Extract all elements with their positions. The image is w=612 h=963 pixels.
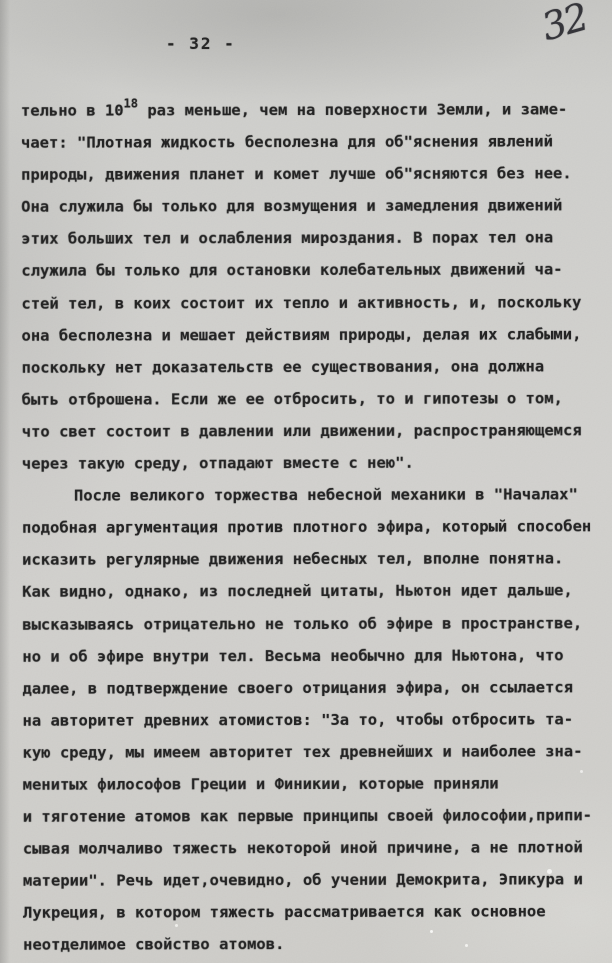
- typewritten-line: исказить регулярные движения небесных те…: [22, 543, 604, 577]
- typewritten-line: природы, движения планет и комет лучше о…: [21, 157, 603, 191]
- typewritten-line: служила бы только для остановки колебате…: [21, 254, 603, 288]
- typewritten-line: через такую среду, отпадают вместе с нею…: [22, 446, 604, 480]
- typewritten-line: быть отброшена. Если же ее отбросить, то…: [22, 382, 604, 416]
- typewritten-line: После великого торжества небесной механи…: [22, 478, 604, 512]
- typewritten-line: но и об эфире внутри тел. Весьма необычн…: [22, 639, 604, 673]
- typewritten-line: менитых философов Греции и Финикии, кото…: [23, 767, 605, 801]
- typewritten-line: далее, в подтверждение своего отрицания …: [22, 671, 604, 705]
- first-line-post: раз меньше, чем на поверхности Земли, и …: [138, 100, 567, 119]
- typewritten-line: и тяготение атомов как первые принципы с…: [23, 799, 605, 833]
- typewritten-line: поскольку нет доказательств ее существов…: [22, 350, 604, 384]
- scanned-typewritten-page: - 32 - 32 тельно в 1018 раз меньше, чем …: [0, 0, 612, 963]
- typewritten-line: стей тел, в коих состоит их тепло и акти…: [21, 286, 603, 320]
- typewritten-line: этих больших тел и ослабления мироздания…: [21, 222, 603, 256]
- typewritten-line: сывая молчаливо тяжесть некоторой иной п…: [23, 831, 605, 865]
- document-body: тельно в 1018 раз меньше, чем на поверхн…: [21, 93, 605, 961]
- typewritten-line: подобная аргументация против плотного эф…: [22, 510, 604, 544]
- typewritten-line: на авторитет древних атомистов: "За то, …: [22, 703, 604, 737]
- typewritten-line: Как видно, однако, из последней цитаты, …: [22, 575, 604, 609]
- page-edge-shadow: [0, 0, 10, 963]
- typewritten-line: Она служила бы только для возмущения и з…: [21, 190, 603, 224]
- typewritten-line: чает: "Плотная жидкость бесполезна для о…: [21, 125, 603, 159]
- typewritten-line: тельно в 1018 раз меньше, чем на поверхн…: [21, 93, 603, 127]
- typewritten-line: высказываясь отрицательно не только об э…: [22, 607, 604, 641]
- page-number-header: - 32 -: [166, 34, 236, 53]
- typewritten-line: Лукреция, в котором тяжесть рассматривае…: [23, 896, 605, 930]
- typewritten-line: что свет состоит в давлении или движении…: [22, 414, 604, 448]
- typewritten-line: неотделимое свойство атомов.: [23, 928, 605, 962]
- typewritten-line: она бесполезна и мешает действиям природ…: [21, 318, 603, 352]
- typewritten-line: кую среду, мы имеем авторитет тех древне…: [23, 735, 605, 769]
- handwritten-page-number: 32: [536, 0, 591, 49]
- typewritten-line: материи". Речь идет,очевидно, об учении …: [23, 863, 605, 897]
- first-line-pre: тельно в 10: [21, 101, 124, 119]
- exponent-superscript: 18: [124, 96, 138, 110]
